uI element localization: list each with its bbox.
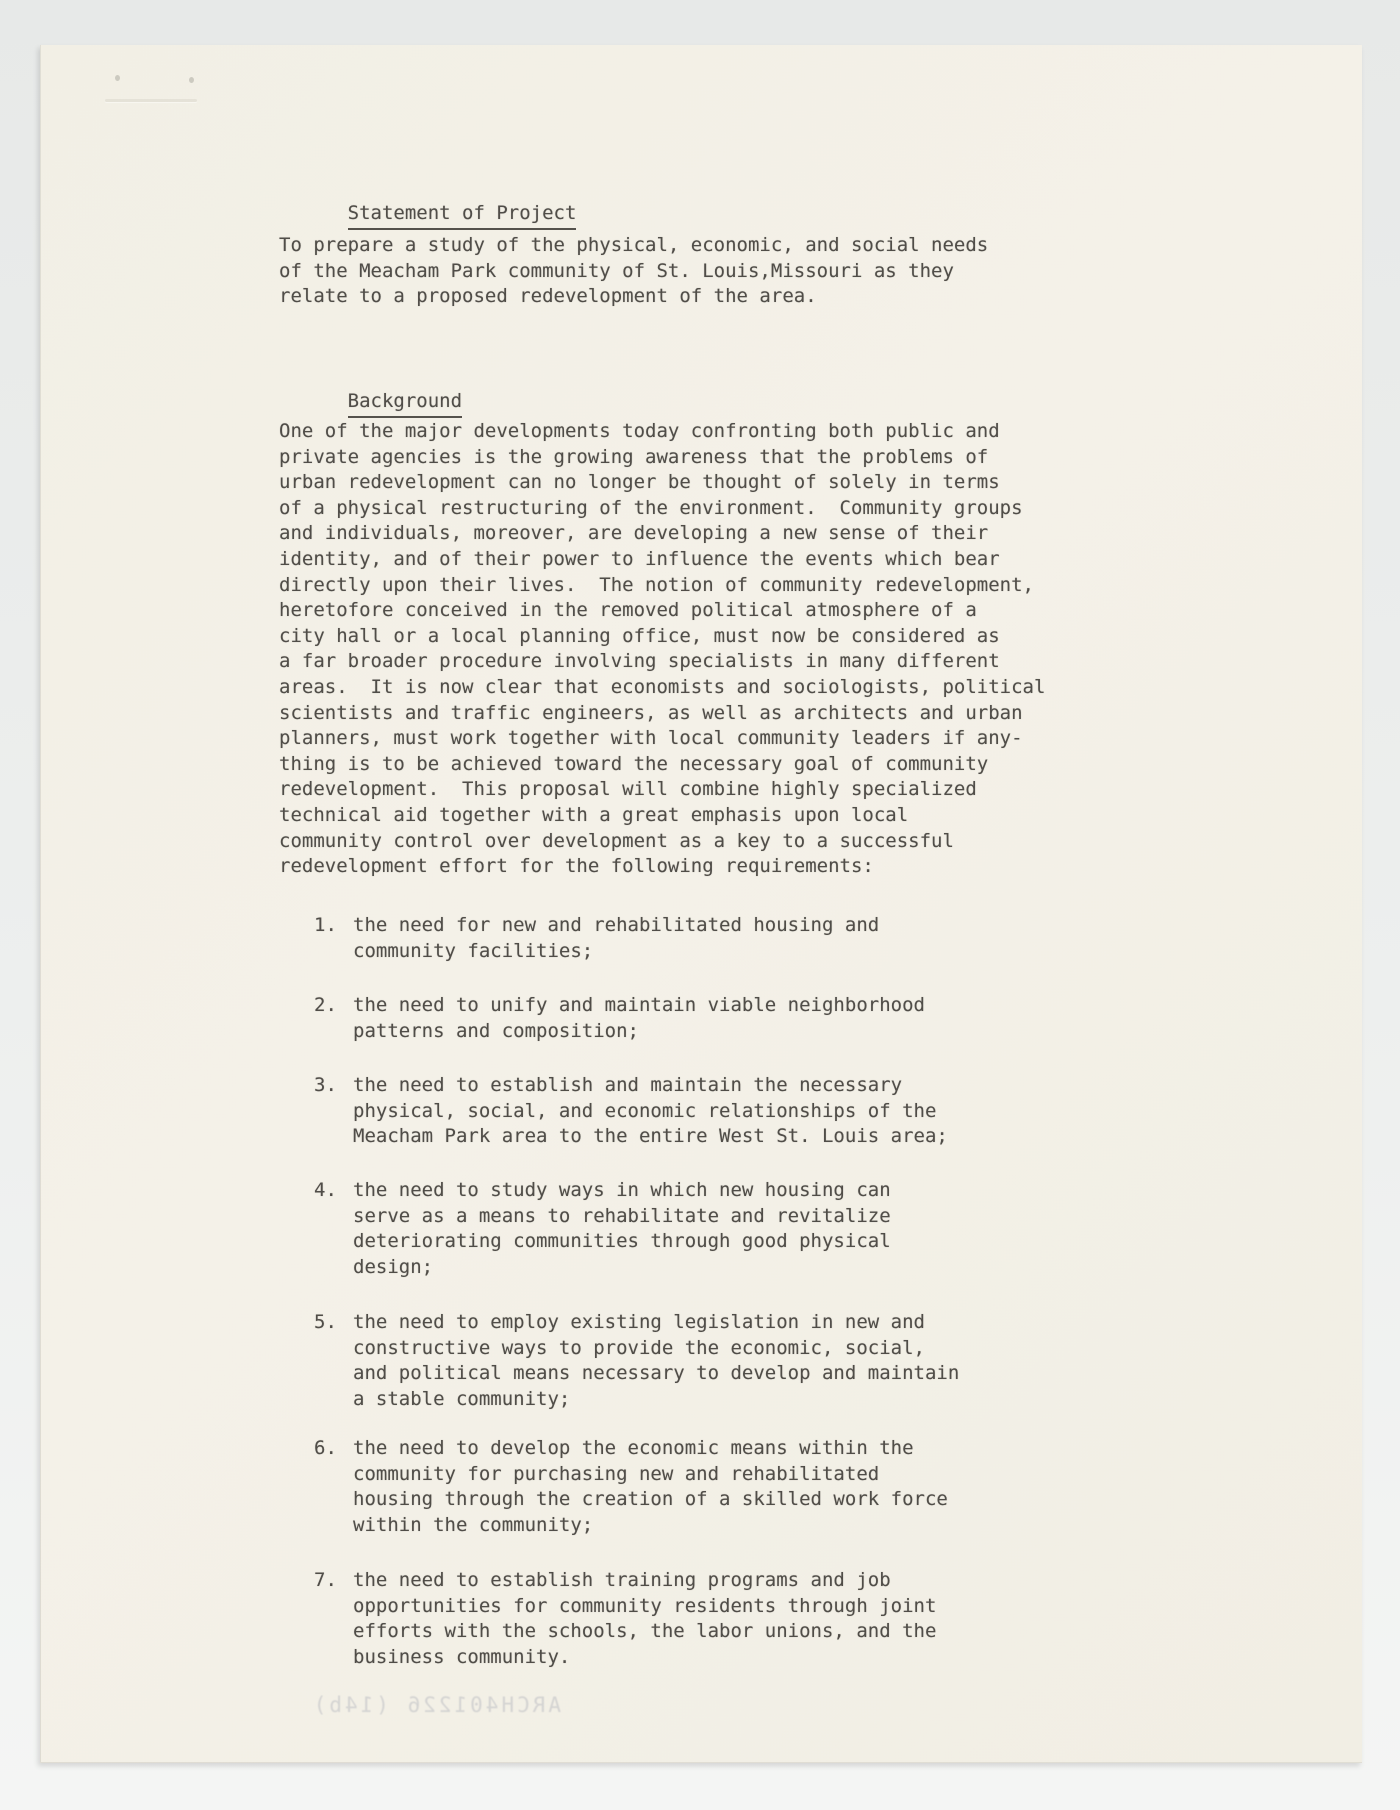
list-item-number: 4. [314, 1178, 353, 1280]
list-item-number: 1. [314, 913, 353, 964]
list-item-text: the need to establish training programs … [353, 1568, 936, 1670]
list-item-text: the need to develop the economic means w… [353, 1436, 948, 1538]
list-item-3: 3. the need to establish and maintain th… [314, 1073, 948, 1150]
staple-hole [115, 75, 120, 81]
document-page: Statement of Project To prepare a study … [40, 45, 1362, 1763]
list-item-text: the need to establish and maintain the n… [353, 1073, 948, 1150]
bleed-through-stamp: ARCH401226 (14b) [201, 1693, 561, 1717]
list-item-text: the need to employ existing legislation … [353, 1310, 959, 1412]
list-item-number: 2. [314, 993, 353, 1044]
section-heading-text: Statement of Project [348, 201, 577, 231]
list-item-number: 3. [314, 1073, 353, 1150]
list-item-4: 4. the need to study ways in which new h… [314, 1178, 891, 1280]
list-item-5: 5. the need to employ existing legislati… [314, 1310, 959, 1412]
list-item-text: the need for new and rehabilitated housi… [353, 913, 879, 964]
scan-background: Statement of Project To prepare a study … [0, 0, 1400, 1810]
list-item-1: 1. the need for new and rehabilitated ho… [314, 913, 879, 964]
list-item-number: 7. [314, 1568, 353, 1670]
list-item-7: 7. the need to establish training progra… [314, 1568, 936, 1670]
list-item-2: 2. the need to unify and maintain viable… [314, 993, 925, 1044]
statement-paragraph: To prepare a study of the physical, econ… [279, 233, 988, 310]
background-paragraph: One of the major developments today conf… [279, 419, 1045, 880]
list-item-text: the need to study ways in which new hous… [353, 1178, 891, 1280]
staple-crease [105, 99, 197, 102]
section-heading-text: Background [348, 389, 462, 419]
list-item-number: 5. [314, 1310, 353, 1412]
staple-mark [99, 53, 239, 113]
list-item-text: the need to unify and maintain viable ne… [353, 993, 925, 1044]
list-item-6: 6. the need to develop the economic mean… [314, 1436, 948, 1538]
list-item-number: 6. [314, 1436, 353, 1538]
staple-hole [189, 77, 194, 83]
